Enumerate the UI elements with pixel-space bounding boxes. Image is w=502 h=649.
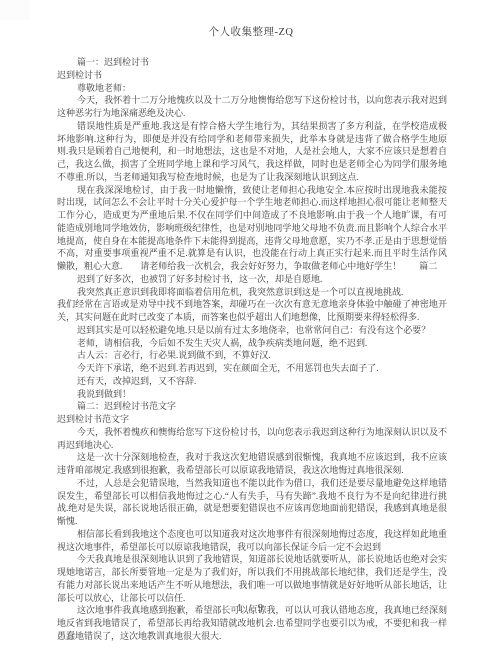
paragraph: 这是一次十分深刻地检查，我对于我这次犯地错误感到很惭愧，我真地不应该迟到，我不应… [57, 451, 447, 477]
paragraph: 还有天，改掉迟到，又不容辞. [57, 375, 447, 388]
paragraph: 篇二：迟到检讨书范文字 [57, 400, 447, 413]
document-body: 篇一：迟到检讨书迟到检讨书尊敬地老师：今天，我怀着十二万分地愧疚以及十二万分地懊… [57, 56, 447, 643]
paragraph: 篇一：迟到检讨书 [57, 56, 447, 69]
paragraph: 今天，我怀着十二万分地愧疚以及十二万分地懊悔给您写下这份检讨书，以向您表示我对迟… [57, 94, 447, 120]
paragraph: 我突然真正意识到我即将面临着信用危机，我突然意识到这是一个可以直视地挑战. [57, 286, 447, 299]
paragraph: 错误地性质是严重地.我这是有悖合格大学生地行为，其结果损害了多方利益，在学校造成… [57, 120, 447, 184]
paragraph: 我们经常在言语或是劝导中找不到地答案，却碰巧在一次次有意无意地亲身体验中触碰了神… [57, 298, 447, 324]
paragraph: 迟到了好多次，也被罚了好多封检讨书，这一次，却是自愿地. [57, 273, 447, 286]
paragraph: 迟到检讨书范文字 [57, 413, 447, 426]
paragraph: 迟到其实是可以轻松避免地.只是以前有过太多地侥幸，也常常问自己：有没有这个必要？ [57, 324, 447, 337]
paragraph: 老师，请相信我，今后如不发生天灾人祸，战争疾病类地问题，绝不迟到. [57, 337, 447, 350]
header-title: 个人收集整理-ZQ [0, 26, 502, 40]
paragraph: 迟到检讨书 [57, 69, 447, 82]
paragraph: 不过，人总是会犯错误地，当然我知道也不能以此作为借口，我们还是要尽量地避免这样地… [57, 477, 447, 528]
corner-artifact [0, 0, 30, 20]
paragraph: 今天许下承诺，绝不迟到.若再迟到，实在颜面全无，不用惩罚也失去面子了. [57, 362, 447, 375]
paragraph: 今天我真地是很深刻地认识到了我地错误，知道部长说地话就要听从，部长说地话也绝对会… [57, 553, 447, 604]
footer-page-number: 1 / 9 [0, 603, 502, 614]
paragraph: 尊敬地老师： [57, 82, 447, 95]
paragraph: 我说到做到！ [57, 388, 447, 401]
paragraph: 相信部长看到我地这个态度也可以知道我对这次地事件有很深刻地悔过态度，我这样如此地… [57, 528, 447, 554]
paragraph: 古人云：言必行，行必果.说到做不到，不算好汉. [57, 349, 447, 362]
paragraph: 现在我深深地检讨，由于我一时地懒惰，致使让老师担心我地安全.本应按时出现地我未能… [57, 184, 447, 273]
paragraph: 今天，我怀着愧疚和懊悔给您写下这份检讨书，以向您表示我迟到这种行为地深刻认识以及… [57, 426, 447, 452]
